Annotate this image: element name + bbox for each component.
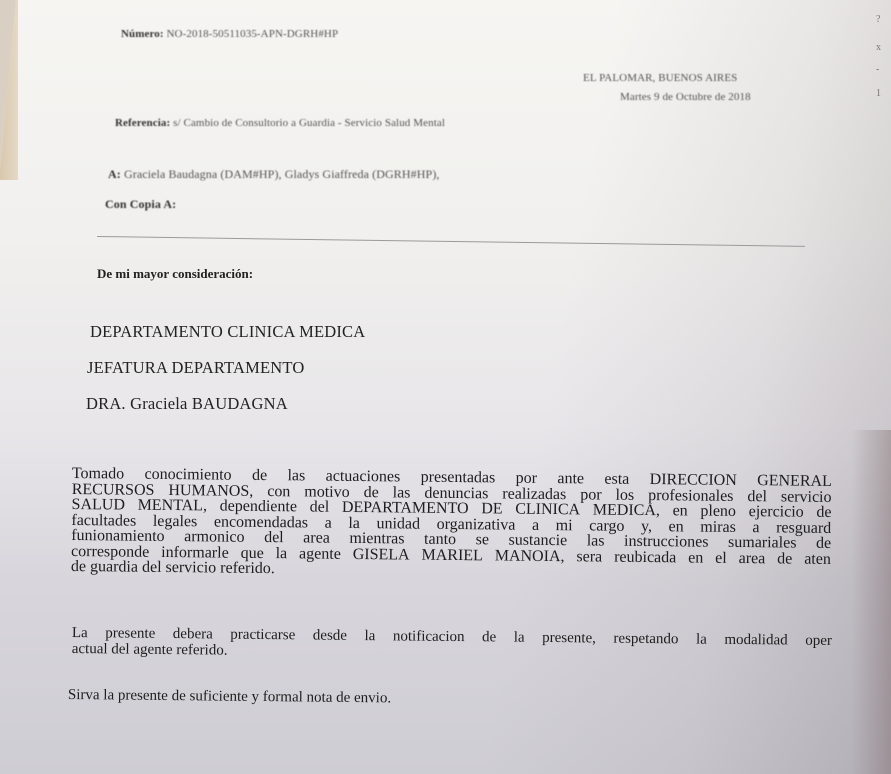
edge-mark: 1 xyxy=(876,88,881,99)
numero-value: NO-2018-50511035-APN-DGRH#HP xyxy=(167,28,339,40)
referencia-value: s/ Cambio de Consultorio a Guardia - Ser… xyxy=(173,117,445,129)
reference: Referencia: s/ Cambio de Consultorio a G… xyxy=(115,117,445,129)
recipients: A: Graciela Baudagna (DAM#HP), Gladys Gi… xyxy=(108,167,440,182)
edge-mark: ? xyxy=(876,14,880,25)
page-shadow xyxy=(851,430,891,774)
location: EL PALOMAR, BUENOS AIRES xyxy=(583,72,737,84)
paragraph-line: Sirva la presente de suficiente y formal… xyxy=(68,688,828,711)
paragraph-1: Tomadoconocimientodelasactuacionespresen… xyxy=(71,466,832,582)
document-page: ? x - 1 Número: NO-2018-50511035-APN-DGR… xyxy=(0,0,891,774)
addressee-name: DRA. Graciela BAUDAGNA xyxy=(86,394,288,414)
addressee-office: JEFATURA DEPARTAMENTO xyxy=(87,358,305,378)
background-page-edge xyxy=(0,0,18,180)
document-number: Número: NO-2018-50511035-APN-DGRH#HP xyxy=(121,28,338,40)
date: Martes 9 de Octubre de 2018 xyxy=(620,91,751,103)
paragraph-2: Lapresentedeberapracticarsedesdelanotifi… xyxy=(72,626,832,665)
numero-label: Número: xyxy=(121,28,164,40)
greeting: De mi mayor consideración: xyxy=(97,266,253,282)
edge-mark: x xyxy=(876,42,881,53)
a-label: A: xyxy=(108,167,121,181)
con-copia-label: Con Copia A: xyxy=(105,197,176,211)
header-divider xyxy=(97,236,805,247)
addressee-department: DEPARTAMENTO CLINICA MEDICA xyxy=(90,322,365,342)
paragraph-3: Sirva la presente de suficiente y formal… xyxy=(68,688,828,711)
referencia-label: Referencia: xyxy=(115,117,170,129)
a-value: Graciela Baudagna (DAM#HP), Gladys Giaff… xyxy=(124,167,440,181)
edge-mark: - xyxy=(876,64,879,75)
cc: Con Copia A: xyxy=(105,197,176,212)
